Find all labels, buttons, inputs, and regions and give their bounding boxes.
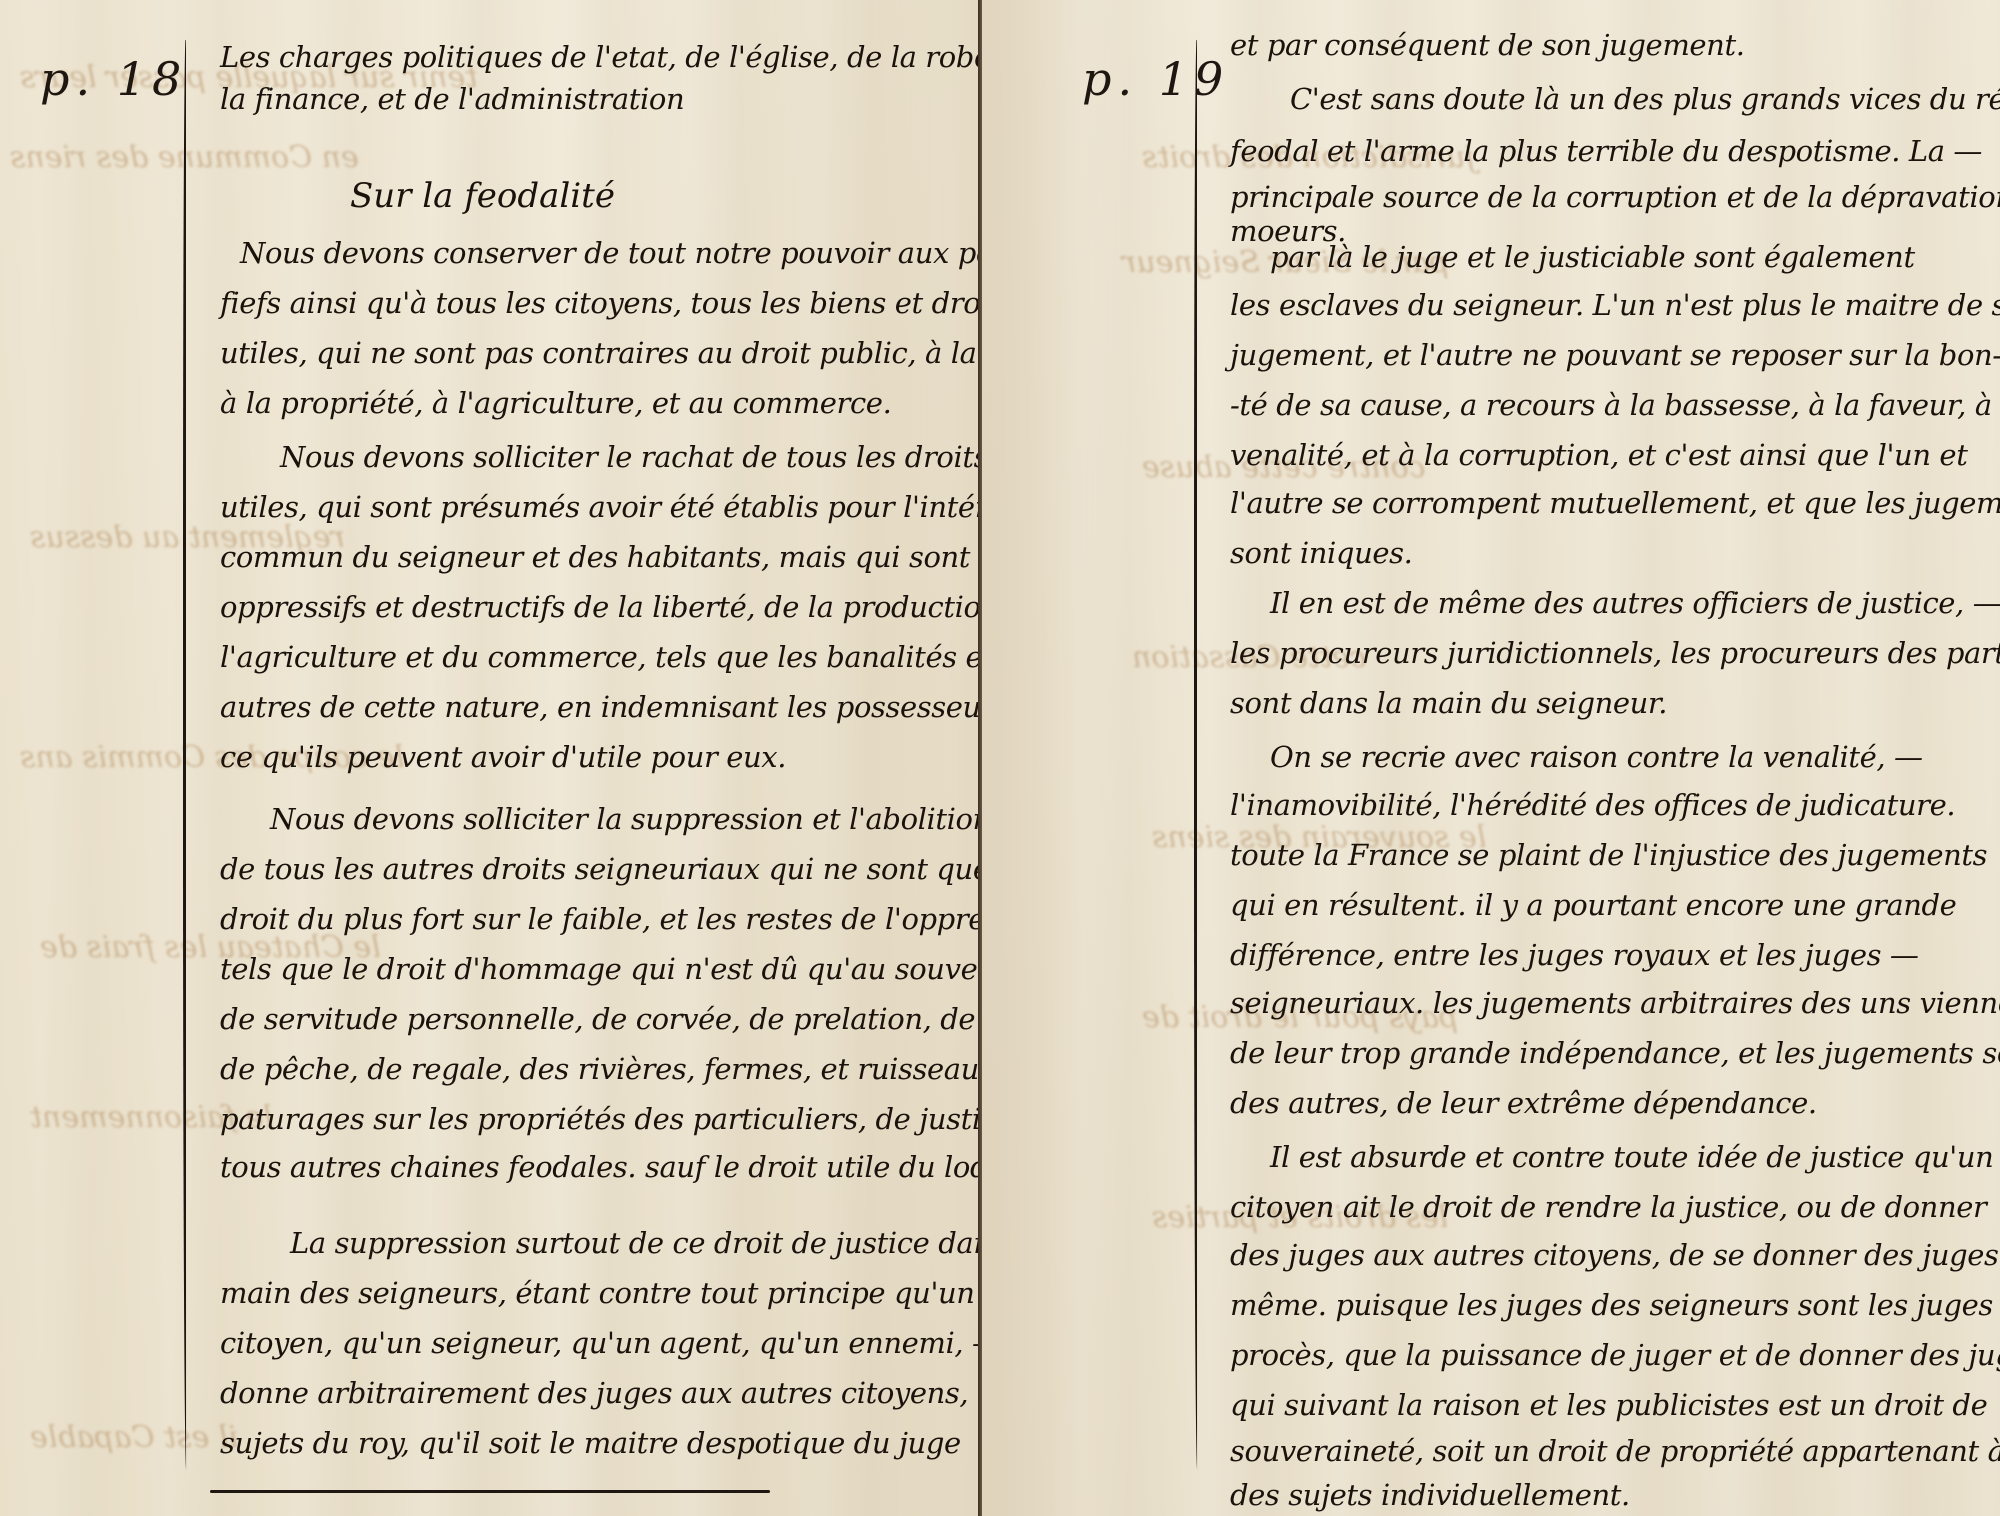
text-line: oppressifs et destructifs de la liberté,… <box>220 590 982 624</box>
folio-number-right: p. 19 <box>1082 52 1229 106</box>
text-line: seigneuriaux. les jugements arbitraires … <box>1230 986 2000 1020</box>
text-line: toute la France se plaint de l'injustice… <box>1230 838 1987 872</box>
text-line: citoyen ait le droit de rendre la justic… <box>1230 1190 1986 1224</box>
margin-line-right <box>1194 40 1201 1470</box>
text-line: principale source de la corruption et de… <box>1230 180 2000 214</box>
bottom-rule-left <box>210 1490 770 1493</box>
text-line: l'inamovibilité, l'hérédité des offices … <box>1230 788 1955 822</box>
text-line: jugement, et l'autre ne pouvant se repos… <box>1230 338 2000 372</box>
text-line: paturages sur les propriétés des particu… <box>220 1102 982 1136</box>
text-line: de servitude personnelle, de corvée, de … <box>220 1002 982 1036</box>
text-line: de leur trop grande indépendance, et les… <box>1230 1036 2000 1070</box>
text-line: sujets du roy, qu'il soit le maitre desp… <box>220 1426 961 1460</box>
text-line: souveraineté, soit un droit de propriété… <box>1230 1434 2000 1468</box>
text-line: à la propriété, à l'agriculture, et au c… <box>220 386 891 420</box>
text-line: la finance, et de l'administration <box>220 82 684 116</box>
text-line: de pêche, de regale, des rivières, ferme… <box>220 1052 982 1086</box>
text-line: sont dans la main du seigneur. <box>1230 686 1667 720</box>
text-line: des sujets individuellement. <box>1230 1478 1630 1512</box>
text-line: des juges aux autres citoyens, de se don… <box>1230 1238 2000 1272</box>
text-line: même. puisque les juges des seigneurs so… <box>1230 1288 2000 1322</box>
margin-line-left <box>183 40 190 1470</box>
text-line: autres de cette nature, en indemnisant l… <box>220 690 982 724</box>
text-line: tels que le droit d'hommage qui n'est dû… <box>220 952 982 986</box>
text-line: On se recrie avec raison contre la venal… <box>1270 740 1923 774</box>
text-line: venalité, et à la corruption, et c'est a… <box>1230 438 1967 472</box>
text-line: et par conséquent de son jugement. <box>1230 28 1745 62</box>
text-line: utiles, qui ne sont pas contraires au dr… <box>220 336 982 370</box>
text-line: utiles, qui sont présumés avoir été étab… <box>220 490 982 524</box>
text-line: par là le juge et le justiciable sont ég… <box>1270 240 1915 274</box>
text-line: Nous devons solliciter le rachat de tous… <box>280 440 982 474</box>
left-text-column: Les charges politiques de l'etat, de l'é… <box>220 0 980 1516</box>
text-line: -té de sa cause, a recours à la bassesse… <box>1230 388 2000 422</box>
section-heading: Sur la feodalité <box>350 176 615 216</box>
text-line: citoyen, qu'un seigneur, qu'un agent, qu… <box>220 1326 982 1360</box>
text-line: les esclaves du seigneur. L'un n'est plu… <box>1230 288 2000 322</box>
text-line: fiefs ainsi qu'à tous les citoyens, tous… <box>220 286 982 320</box>
text-line: Nous devons solliciter la suppression et… <box>270 802 982 836</box>
text-line: commun du seigneur et des habitants, mai… <box>220 540 970 574</box>
right-text-column: et par conséquent de son jugement. C'est… <box>1230 0 1990 1516</box>
left-page: tenir sur laquelle passer leurs en Commu… <box>0 0 982 1516</box>
text-line: droit du plus fort sur le faible, et les… <box>220 902 982 936</box>
text-line: donne arbitrairement des juges aux autre… <box>220 1376 982 1410</box>
text-line: différence, entre les juges royaux et le… <box>1230 938 1919 972</box>
text-line: C'est sans doute là un des plus grands v… <box>1290 82 2000 116</box>
text-line: sont iniques. <box>1230 536 1412 570</box>
text-line: l'agriculture et du commerce, tels que l… <box>220 640 982 674</box>
text-line: des autres, de leur extrême dépendance. <box>1230 1086 1817 1120</box>
text-line: feodal et l'arme la plus terrible du des… <box>1230 134 1982 168</box>
text-line: Nous devons conserver de tout notre pouv… <box>240 236 982 270</box>
right-page: jurisdiction des droits par le Sieur Sei… <box>982 0 2000 1516</box>
text-line: l'autre se corrompent mutuellement, et q… <box>1230 486 2000 520</box>
text-line: procès, que la puissance de juger et de … <box>1230 1338 2000 1372</box>
text-line: Il en est de même des autres officiers d… <box>1270 586 2000 620</box>
text-line: qui en résultent. il y a pourtant encore… <box>1230 888 1956 922</box>
text-line: Les charges politiques de l'etat, de l'é… <box>220 40 982 74</box>
folio-number-left: p. 18 <box>40 52 187 106</box>
text-line: les procureurs juridictionnels, les proc… <box>1230 636 2000 670</box>
text-line: main des seigneurs, étant contre tout pr… <box>220 1276 982 1310</box>
bleed-through-text: il est Capable <box>30 1420 238 1455</box>
text-line: de tous les autres droits seigneuriaux q… <box>220 852 982 886</box>
text-line: Il est absurde et contre toute idée de j… <box>1270 1140 2000 1174</box>
manuscript-spread: tenir sur laquelle passer leurs en Commu… <box>0 0 2000 1516</box>
text-line: ce qu'ils peuvent avoir d'utile pour eux… <box>220 740 786 774</box>
text-line: qui suivant la raison et les publicistes… <box>1230 1388 1987 1422</box>
text-line: tous autres chaines feodales. sauf le dr… <box>220 1150 982 1184</box>
text-line: La suppression surtout de ce droit de ju… <box>290 1226 982 1260</box>
